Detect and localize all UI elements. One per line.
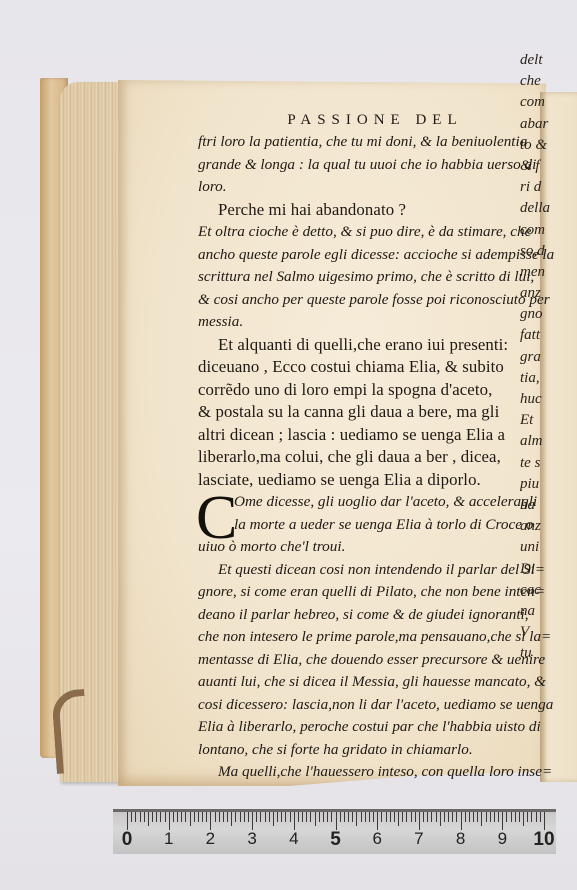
ruler-tick <box>461 812 462 830</box>
ruler-tick <box>436 812 437 822</box>
ruler-tick <box>206 812 207 822</box>
ruler-tick <box>294 812 295 830</box>
text-line: Ma quelli,che l'hauessero inteso, con qu… <box>198 761 522 784</box>
text-line: gnore, si come eran quelli di Pilato, ch… <box>198 581 522 604</box>
ruler-tick <box>131 812 132 822</box>
text-line: Et alquanti di quelli,che erano iui pres… <box>198 334 522 357</box>
ruler-tick <box>369 812 370 822</box>
ruler-tick <box>306 812 307 822</box>
ruler-label: 9 <box>498 829 507 849</box>
ruler-tick <box>477 812 478 822</box>
right-page-fragment: gra <box>520 347 577 368</box>
ruler-tick <box>544 812 545 830</box>
ruler-tick <box>490 812 491 822</box>
leather-bookmark-strap <box>51 689 90 774</box>
text-line: la morte a ueder se uenga Elia à torlo d… <box>198 514 522 537</box>
right-page-fragment: ri d <box>520 177 577 198</box>
ruler-tick <box>469 812 470 822</box>
ruler-label: 10 <box>533 829 554 851</box>
right-page-fragment: che <box>520 71 577 92</box>
ruler-tick <box>427 812 428 822</box>
ruler-tick <box>269 812 270 822</box>
ruler-tick <box>256 812 257 822</box>
right-page-fragment: Et <box>520 410 577 431</box>
ruler-tick <box>394 812 395 822</box>
ruler-tick <box>319 812 320 822</box>
text-line: mentasse di Elia, che douendo esser prec… <box>198 649 522 672</box>
ruler-tick <box>511 812 512 822</box>
page-text-block: PASSIONE DEL ftri loro la patientia, che… <box>198 112 522 784</box>
right-page-fragment: alm <box>520 431 577 452</box>
ruler-tick <box>281 812 282 822</box>
right-page-fragment: della <box>520 198 577 219</box>
right-page-fragment: delt <box>520 50 577 71</box>
ruler-tick <box>344 812 345 822</box>
ruler-tick <box>419 812 420 830</box>
ruler-tick <box>386 812 387 822</box>
ruler-tick <box>498 812 499 822</box>
ruler-tick <box>494 812 495 822</box>
ruler-tick <box>165 812 166 822</box>
ruler-tick <box>373 812 374 822</box>
ruler-tick <box>406 812 407 822</box>
ruler-tick <box>181 812 182 822</box>
ruler-tick <box>185 812 186 822</box>
ruler-tick <box>248 812 249 822</box>
text-line: ftri loro la patientia, che tu mi doni, … <box>198 131 522 154</box>
ruler-tick <box>531 812 532 822</box>
ruler-label: 3 <box>247 829 256 849</box>
ruler-tick <box>273 812 274 826</box>
ruler-tick <box>135 812 136 822</box>
running-head: PASSIONE DEL <box>228 112 522 129</box>
measuring-ruler: 012345678910 <box>113 809 556 854</box>
ruler-tick <box>298 812 299 822</box>
ruler-label: 5 <box>330 829 341 851</box>
ruler-tick <box>444 812 445 822</box>
text-lines-part-2: Et questi dicean cosi non intendendo il … <box>198 559 522 784</box>
text-line: Perche mi hai abandonato ? <box>198 199 522 222</box>
text-line: Et oltra cioche è detto, & si puo dire, … <box>198 221 522 244</box>
ruler-tick <box>219 812 220 822</box>
ruler-tick <box>244 812 245 822</box>
ruler-tick <box>240 812 241 822</box>
text-line: messia. <box>198 311 522 334</box>
text-line: Et questi dicean cosi non intendendo il … <box>198 559 522 582</box>
text-line: ancho queste parole egli dicesse: accioc… <box>198 244 522 267</box>
ruler-tick <box>377 812 378 830</box>
ruler-tick <box>215 812 216 822</box>
text-line: & postala su la canna gli daua a bere, m… <box>198 401 522 424</box>
ruler-tick <box>277 812 278 822</box>
ruler-label: 8 <box>456 829 465 849</box>
right-page-fragment: te s <box>520 453 577 474</box>
ruler-label: 1 <box>164 829 173 849</box>
right-page-fragment: huc <box>520 389 577 410</box>
ruler-label: 7 <box>414 829 423 849</box>
dropcap-letter: C <box>196 487 237 549</box>
right-page-fragment: uni <box>520 537 577 558</box>
ruler-tick <box>540 812 541 822</box>
ruler-tick <box>456 812 457 822</box>
ruler-label: 4 <box>289 829 298 849</box>
ruler-tick <box>381 812 382 822</box>
text-line: grande & longa : la qual tu uuoi che io … <box>198 154 522 177</box>
ruler-tick <box>465 812 466 822</box>
ruler-tick <box>356 812 357 826</box>
ruler-tick <box>210 812 211 830</box>
ruler-tick <box>523 812 524 826</box>
ruler-tick <box>519 812 520 822</box>
ruler-tick <box>285 812 286 822</box>
ruler-tick <box>160 812 161 822</box>
ruler-tick <box>260 812 261 822</box>
ruler-tick <box>402 812 403 822</box>
text-line: uiuo ò morto che'l troui. <box>198 536 522 559</box>
right-page-fragment: fatt <box>520 325 577 346</box>
ruler-tick <box>144 812 145 822</box>
text-line: cosi dicessero: lascia,non li dar l'acet… <box>198 694 522 717</box>
ruler-tick <box>527 812 528 822</box>
ruler-tick <box>265 812 266 822</box>
text-line: lasciate, uediamo se uenga Elia a diporl… <box>198 469 522 492</box>
text-line: Ome dicesse, gli uoglio dar l'aceto, & a… <box>198 491 522 514</box>
text-line: Elia à liberarlo, peroche costui par che… <box>198 716 522 739</box>
ruler-label: 6 <box>372 829 381 849</box>
ruler-tick <box>194 812 195 822</box>
ruler-tick <box>327 812 328 822</box>
ruler-label: 2 <box>206 829 215 849</box>
ruler-tick <box>448 812 449 822</box>
ruler-tick <box>452 812 453 822</box>
text-line: deano il parlar hebreo, si come & de giu… <box>198 604 522 627</box>
text-line: altri dicean ; lascia : uediamo se uenga… <box>198 424 522 447</box>
ruler-tick <box>140 812 141 822</box>
ruler-tick <box>231 812 232 826</box>
ruler-tick <box>290 812 291 822</box>
ruler-tick <box>302 812 303 822</box>
right-page-fragment: to & <box>520 135 577 156</box>
ruler-tick <box>506 812 507 822</box>
ruler-tick <box>398 812 399 826</box>
text-line: loro. <box>198 176 522 199</box>
ruler-tick <box>323 812 324 822</box>
ruler-tick <box>348 812 349 822</box>
text-line: diceuano , Ecco costui chiama Elia, & su… <box>198 356 522 379</box>
ruler-label: 0 <box>122 829 133 851</box>
ruler-tick <box>536 812 537 822</box>
right-page-fragment: tia, <box>520 368 577 389</box>
ruler-tick <box>515 812 516 822</box>
right-page-fragment: abar <box>520 114 577 135</box>
text-line: auanti lui, che si dicea il Messia, gli … <box>198 671 522 694</box>
ruler-tick <box>361 812 362 822</box>
ruler-tick <box>156 812 157 822</box>
ruler-tick <box>252 812 253 830</box>
text-line: corrẽdo uno di loro empi la spogna d'ace… <box>198 379 522 402</box>
text-lines-part-1: ftri loro la patientia, che tu mi doni, … <box>198 131 522 491</box>
text-line: scrittura nel Salmo uigesimo primo, che … <box>198 266 522 289</box>
ruler-tick <box>169 812 170 830</box>
ruler-tick <box>310 812 311 822</box>
ruler-tick <box>227 812 228 822</box>
ruler-tick <box>352 812 353 822</box>
page-stack-fore-edge <box>60 82 122 782</box>
ruler-tick <box>235 812 236 822</box>
ruler-tick <box>411 812 412 822</box>
ruler-tick <box>481 812 482 826</box>
ruler-tick <box>127 812 128 830</box>
ruler-tick <box>198 812 199 822</box>
ruler-tick <box>502 812 503 830</box>
ruler-tick <box>177 812 178 822</box>
ruler-tick <box>202 812 203 822</box>
text-line: che non intesero le prime parole,ma pens… <box>198 626 522 649</box>
ruler-tick <box>223 812 224 822</box>
ruler-tick <box>152 812 153 822</box>
ruler-tick <box>423 812 424 822</box>
ruler-tick <box>440 812 441 826</box>
ruler-tick <box>190 812 191 826</box>
ruler-tick <box>173 812 174 822</box>
ruler-tick <box>340 812 341 822</box>
ruler-tick <box>148 812 149 826</box>
ruler-tick <box>486 812 487 822</box>
ruler-tick <box>331 812 332 822</box>
text-line: lontano, che si forte ha gridato in chia… <box>198 739 522 762</box>
ruler-tick <box>315 812 316 826</box>
ruler-tick <box>336 812 337 830</box>
text-line: & cosi ancho per queste parole fosse poi… <box>198 289 522 312</box>
ruler-tick <box>390 812 391 822</box>
text-line: liberarlo,ma colui, che gli daua a ber ,… <box>198 446 522 469</box>
ruler-tick <box>431 812 432 822</box>
ruler-tick <box>473 812 474 822</box>
dropcap-paragraph: C Ome dicesse, gli uoglio dar l'aceto, &… <box>198 491 522 559</box>
ruler-tick <box>415 812 416 822</box>
ruler-tick <box>365 812 366 822</box>
right-page-fragment: com <box>520 92 577 113</box>
